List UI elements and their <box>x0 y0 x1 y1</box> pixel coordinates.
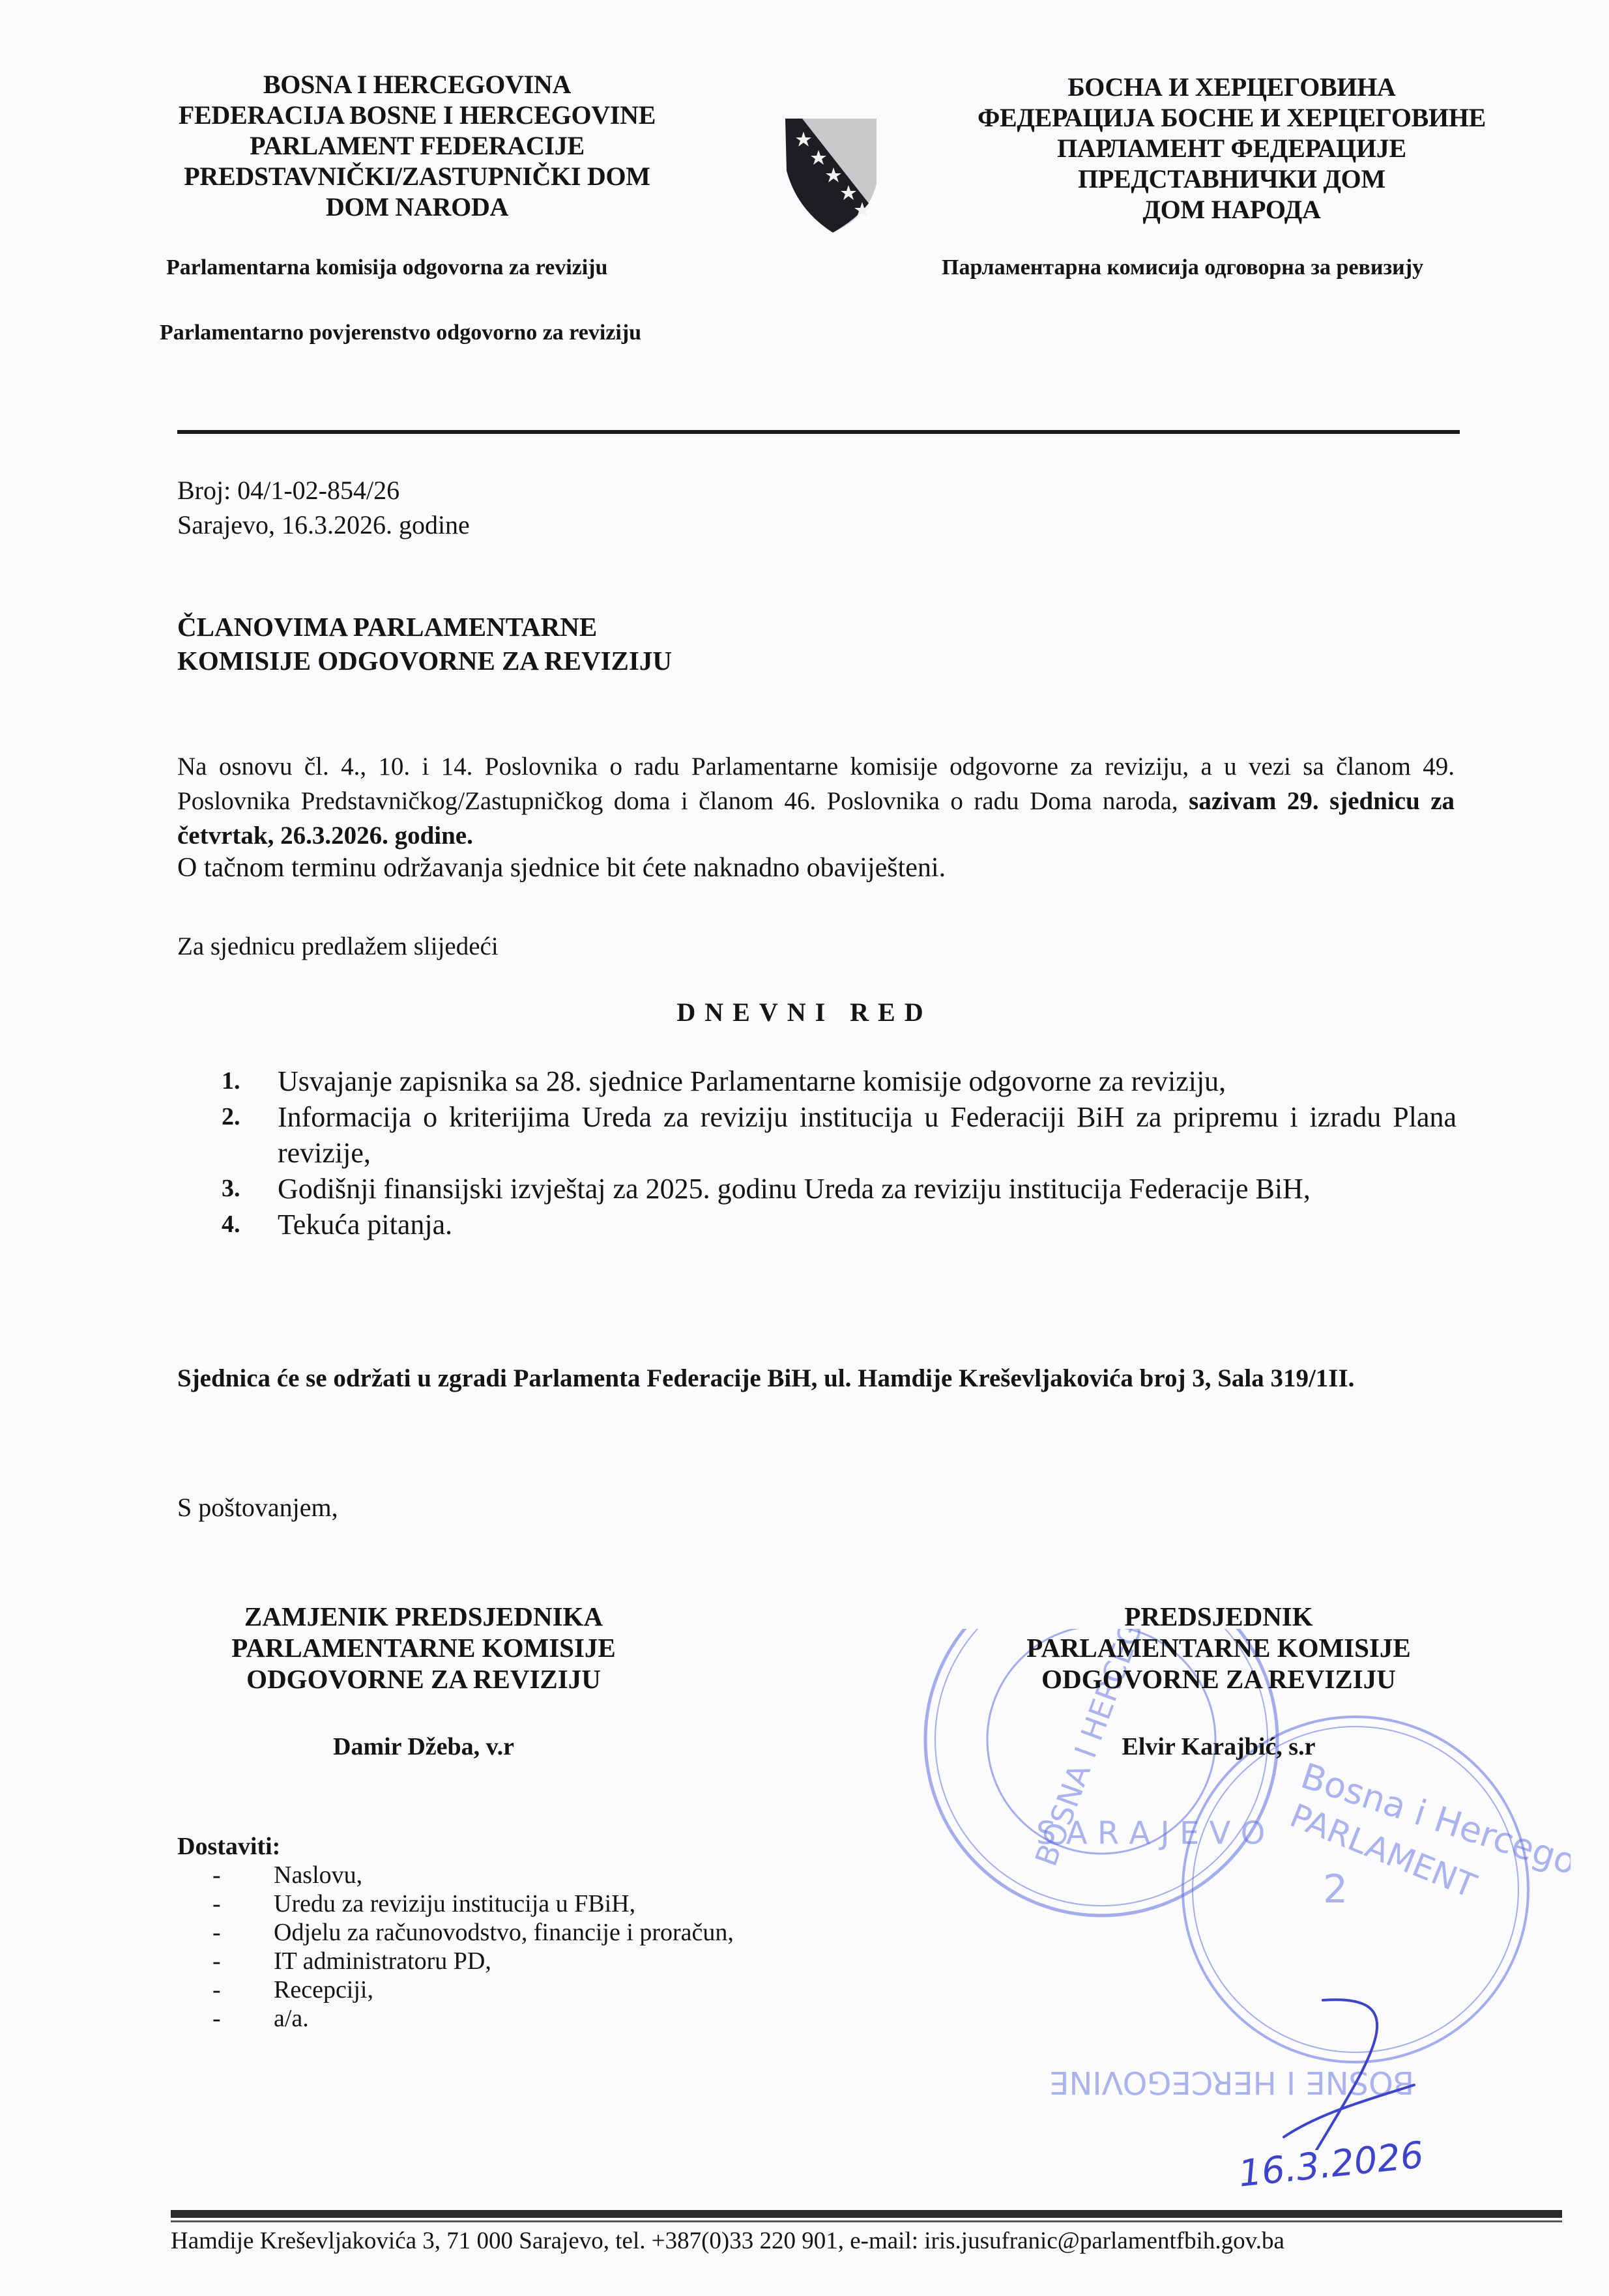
distribution-label: Dostaviti: <box>177 1832 734 1861</box>
document-date: Sarajevo, 16.3.2026. godine <box>177 508 470 542</box>
addressee: ČLANOVIMA PARLAMENTARNE KOMISIJE ODGOVOR… <box>177 610 672 678</box>
agenda-item-text: Usvajanje zapisnika sa 28. sjednice Parl… <box>278 1063 1457 1099</box>
agenda-item-number: 4. <box>222 1207 278 1242</box>
agenda-list: 1. Usvajanje zapisnika sa 28. sjednice P… <box>222 1063 1457 1242</box>
commission-name-serbian: Парламентарна комисија одговорна за реви… <box>942 255 1423 280</box>
bullet-dash-icon: - <box>177 2004 274 2033</box>
distribution-item: -a/a. <box>177 2004 734 2033</box>
commission-name-croatian: Parlamentarno povjerenstvo odgovorno za … <box>160 321 641 345</box>
distribution-recipient: a/a. <box>274 2004 309 2033</box>
header-line: БОСНА И ХЕРЦЕГОВИНА <box>899 72 1564 102</box>
agenda-intro: Za sjednicu predlažem slijedeći <box>177 932 499 961</box>
svg-text:Bosna i Hercegovina: Bosna i Hercegovina <box>1296 1755 1571 1906</box>
document-meta: Broj: 04/1-02-854/26 Sarajevo, 16.3.2026… <box>177 473 470 542</box>
distribution-recipient: Uredu za reviziju institucija u FBiH, <box>274 1889 635 1918</box>
header-line: BOSNA I HERCEGOVINA <box>130 69 704 100</box>
distribution-item: -Uredu za reviziju institucija u FBiH, <box>177 1889 734 1918</box>
agenda-item: 3. Godišnji finansijski izvještaj za 202… <box>222 1171 1457 1207</box>
distribution-item: -Recepciji, <box>177 1975 734 2004</box>
body-paragraph: Na osnovu čl. 4., 10. i 14. Poslovnika o… <box>177 749 1455 853</box>
signature-title-line: ODGOVORNE ZA REVIZIJU <box>189 1663 658 1695</box>
agenda-item: 1. Usvajanje zapisnika sa 28. sjednice P… <box>222 1063 1457 1099</box>
svg-text:PARLAMENT: PARLAMENT <box>1284 1796 1481 1905</box>
bullet-dash-icon: - <box>177 1861 274 1889</box>
bullet-dash-icon: - <box>177 1975 274 2004</box>
distribution-item: -Odjelu za računovodstvo, financije i pr… <box>177 1918 734 1947</box>
signatory-name: Damir Džeba, v.r <box>189 1731 658 1762</box>
header-line: DOM NARODA <box>130 192 704 222</box>
signature-title-line: PARLAMENTARNE KOMISIJE <box>189 1632 658 1663</box>
agenda-item-number: 3. <box>222 1171 278 1207</box>
agenda-item-number: 1. <box>222 1063 278 1099</box>
footer-divider-thin <box>171 2220 1562 2222</box>
document-number: Broj: 04/1-02-854/26 <box>177 473 470 508</box>
agenda-item-text: Godišnji finansijski izvještaj za 2025. … <box>278 1171 1457 1207</box>
signature-title-line: ZAMJENIK PREDSJEDNIKA <box>189 1601 658 1632</box>
distribution-recipient: Odjelu za računovodstvo, financije i pro… <box>274 1918 734 1947</box>
coat-of-arms-icon <box>771 112 888 236</box>
commission-name-bosnian: Parlamentarna komisija odgovorna za revi… <box>166 255 607 280</box>
addressee-line: KOMISIJE ODGOVORNE ZA REVIZIJU <box>177 644 672 678</box>
agenda-item-number: 2. <box>222 1099 278 1171</box>
header-line: ПАРЛАМЕНТ ФЕДЕРАЦИЈЕ <box>899 133 1564 164</box>
distribution-list: Dostaviti: -Naslovu, -Uredu za reviziju … <box>177 1832 734 2033</box>
header-line: PREDSTAVNIČKI/ZASTUPNIČKI DOM <box>130 161 704 192</box>
svg-text:BOSNE I HERCEGOVINE: BOSNE I HERCEGOVINE <box>1049 2064 1414 2101</box>
svg-text:2: 2 <box>1323 1867 1348 1912</box>
agenda-item-text: Informacija o kriterijima Ureda za reviz… <box>278 1099 1457 1171</box>
bullet-dash-icon: - <box>177 1918 274 1947</box>
bullet-dash-icon: - <box>177 1947 274 1975</box>
footer-contact: Hamdije Kreševljakovića 3, 71 000 Saraje… <box>171 2227 1284 2255</box>
header-line: PARLAMENT FEDERACIJE <box>130 130 704 161</box>
header-line: FEDERACIJA BOSNE I HERCEGOVINE <box>130 100 704 130</box>
header-divider <box>177 430 1460 434</box>
agenda-item-text: Tekuća pitanja. <box>278 1207 1457 1242</box>
header-latin: BOSNA I HERCEGOVINA FEDERACIJA BOSNE I H… <box>130 69 704 222</box>
header-line: ПРЕДСТАВНИЧКИ ДОМ <box>899 164 1564 194</box>
header-line: ДОМ НАРОДА <box>899 194 1564 225</box>
agenda-item: 4. Tekuća pitanja. <box>222 1207 1457 1242</box>
agenda-item: 2. Informacija o kriterijima Ureda za re… <box>222 1099 1457 1171</box>
signature-title-line: PREDSJEDNIK <box>958 1601 1479 1632</box>
agenda-title: DNEVNI RED <box>0 997 1609 1027</box>
handwritten-date: 16.3.2026 <box>1236 2134 1425 2195</box>
header-line: ФЕДЕРАЦИЈА БОСНЕ И ХЕРЦЕГОВИНЕ <box>899 102 1564 133</box>
signature-block-deputy: ZAMJENIK PREDSJEDNIKA PARLAMENTARNE KOMI… <box>189 1601 658 1762</box>
distribution-recipient: Naslovu, <box>274 1861 362 1889</box>
addressee-line: ČLANOVIMA PARLAMENTARNE <box>177 610 672 644</box>
bullet-dash-icon: - <box>177 1889 274 1918</box>
closing-salutation: S poštovanjem, <box>177 1492 338 1523</box>
signature-block-president: PREDSJEDNIK PARLAMENTARNE KOMISIJE ODGOV… <box>958 1601 1479 1762</box>
distribution-recipient: IT administratoru PD, <box>274 1947 491 1975</box>
signatory-name: Elvir Karajbić, s.r <box>958 1731 1479 1762</box>
distribution-item: -Naslovu, <box>177 1861 734 1889</box>
distribution-item: -IT administratoru PD, <box>177 1947 734 1975</box>
signature-title-line: PARLAMENTARNE KOMISIJE <box>958 1632 1479 1663</box>
signature-title-line: ODGOVORNE ZA REVIZIJU <box>958 1663 1479 1695</box>
svg-text:S A R A J E V O: S A R A J E V O <box>1036 1815 1265 1852</box>
distribution-recipient: Recepciji, <box>274 1975 373 2004</box>
meeting-location: Sjednica će se održati u zgradi Parlamen… <box>177 1362 1455 1396</box>
header-cyrillic: БОСНА И ХЕРЦЕГОВИНА ФЕДЕРАЦИЈА БОСНЕ И Х… <box>899 72 1564 225</box>
footer-divider <box>171 2210 1562 2218</box>
timing-notice: O tačnom terminu održavanja sjednice bit… <box>177 851 946 885</box>
